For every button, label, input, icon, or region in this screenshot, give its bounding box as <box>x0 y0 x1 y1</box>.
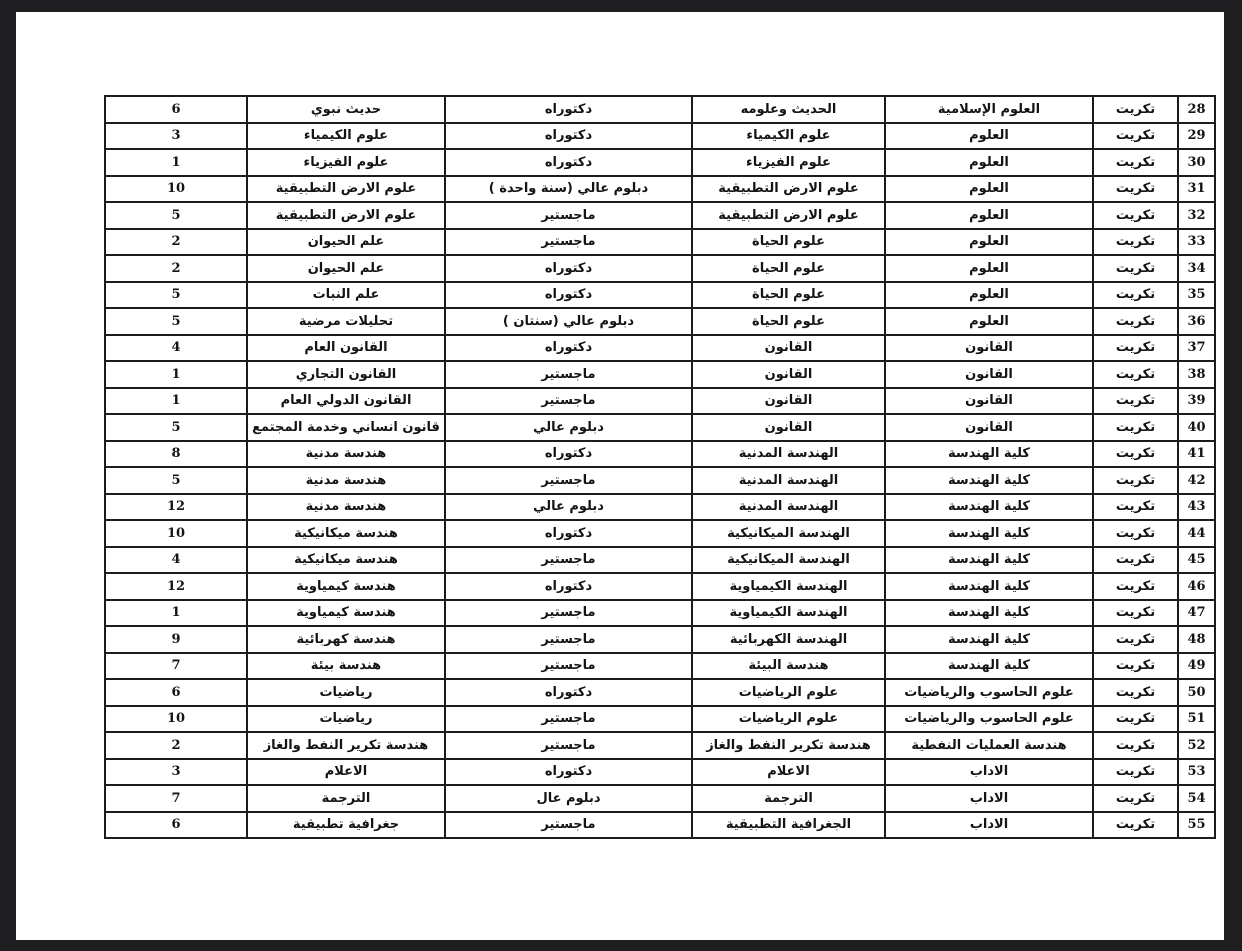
college-cell: كلية الهندسة <box>885 626 1093 653</box>
specialization-cell: هندسة كيمياوية <box>247 573 445 600</box>
city-cell: تكريت <box>1093 626 1178 653</box>
count-cell: 2 <box>105 732 247 759</box>
city-cell: تكريت <box>1093 520 1178 547</box>
row-number-cell: 44 <box>1178 520 1215 547</box>
count-cell: 5 <box>105 414 247 441</box>
count-cell: 12 <box>105 494 247 521</box>
row-number-cell: 35 <box>1178 282 1215 309</box>
count-cell: 4 <box>105 547 247 574</box>
department-cell: الحديث وعلومه <box>692 96 885 123</box>
table-row: 41 تكريت كلية الهندسة الهندسة المدنية دك… <box>105 441 1215 468</box>
specialization-cell: هندسة مدنية <box>247 467 445 494</box>
city-cell: تكريت <box>1093 335 1178 362</box>
degree-cell: دكتوراه <box>445 282 692 309</box>
row-number-cell: 37 <box>1178 335 1215 362</box>
row-number-cell: 40 <box>1178 414 1215 441</box>
row-number-cell: 31 <box>1178 176 1215 203</box>
specialization-cell: هندسة ميكانيكية <box>247 547 445 574</box>
department-cell: الهندسة الكهربائية <box>692 626 885 653</box>
college-cell: العلوم <box>885 308 1093 335</box>
college-cell: كلية الهندسة <box>885 547 1093 574</box>
specialization-cell: علم الحيوان <box>247 255 445 282</box>
specialization-cell: الاعلام <box>247 759 445 786</box>
college-cell: القانون <box>885 414 1093 441</box>
degree-cell: ماجستير <box>445 202 692 229</box>
table-row: 46 تكريت كلية الهندسة الهندسة الكيمياوية… <box>105 573 1215 600</box>
row-number-cell: 46 <box>1178 573 1215 600</box>
college-cell: العلوم <box>885 176 1093 203</box>
college-cell: كلية الهندسة <box>885 467 1093 494</box>
degree-cell: ماجستير <box>445 467 692 494</box>
city-cell: تكريت <box>1093 361 1178 388</box>
college-cell: الاداب <box>885 812 1093 839</box>
city-cell: تكريت <box>1093 255 1178 282</box>
specialization-cell: علم الحيوان <box>247 229 445 256</box>
row-number-cell: 43 <box>1178 494 1215 521</box>
table-body: 28 تكريت العلوم الإسلامية الحديث وعلومه … <box>105 96 1215 838</box>
degree-cell: ماجستير <box>445 600 692 627</box>
college-cell: القانون <box>885 335 1093 362</box>
degree-cell: ماجستير <box>445 626 692 653</box>
college-cell: العلوم <box>885 282 1093 309</box>
count-cell: 2 <box>105 255 247 282</box>
specialization-cell: جغرافية تطبيقية <box>247 812 445 839</box>
row-number-cell: 55 <box>1178 812 1215 839</box>
row-number-cell: 51 <box>1178 706 1215 733</box>
row-number-cell: 54 <box>1178 785 1215 812</box>
row-number-cell: 49 <box>1178 653 1215 680</box>
college-cell: كلية الهندسة <box>885 441 1093 468</box>
count-cell: 5 <box>105 308 247 335</box>
specialization-cell: الترجمة <box>247 785 445 812</box>
row-number-cell: 47 <box>1178 600 1215 627</box>
count-cell: 1 <box>105 388 247 415</box>
count-cell: 10 <box>105 176 247 203</box>
city-cell: تكريت <box>1093 812 1178 839</box>
degree-cell: دكتوراه <box>445 96 692 123</box>
degree-cell: دكتوراه <box>445 679 692 706</box>
city-cell: تكريت <box>1093 149 1178 176</box>
row-number-cell: 28 <box>1178 96 1215 123</box>
row-number-cell: 34 <box>1178 255 1215 282</box>
degree-cell: ماجستير <box>445 732 692 759</box>
department-cell: القانون <box>692 414 885 441</box>
department-cell: الجغرافية التطبيقية <box>692 812 885 839</box>
table-row: 42 تكريت كلية الهندسة الهندسة المدنية ما… <box>105 467 1215 494</box>
college-cell: العلوم <box>885 123 1093 150</box>
specialization-cell: علوم الفيزياء <box>247 149 445 176</box>
specialization-cell: القانون الدولي العام <box>247 388 445 415</box>
table-row: 35 تكريت العلوم علوم الحياة دكتوراه علم … <box>105 282 1215 309</box>
row-number-cell: 50 <box>1178 679 1215 706</box>
degree-cell: دكتوراه <box>445 123 692 150</box>
table-row: 29 تكريت العلوم علوم الكيمياء دكتوراه عل… <box>105 123 1215 150</box>
department-cell: الاعلام <box>692 759 885 786</box>
count-cell: 3 <box>105 759 247 786</box>
college-cell: هندسة العمليات النفطية <box>885 732 1093 759</box>
count-cell: 8 <box>105 441 247 468</box>
specialization-cell: القانون العام <box>247 335 445 362</box>
city-cell: تكريت <box>1093 653 1178 680</box>
row-number-cell: 42 <box>1178 467 1215 494</box>
city-cell: تكريت <box>1093 308 1178 335</box>
table-row: 33 تكريت العلوم علوم الحياة ماجستير علم … <box>105 229 1215 256</box>
table-row: 39 تكريت القانون القانون ماجستير القانون… <box>105 388 1215 415</box>
department-cell: علوم الفيزياء <box>692 149 885 176</box>
city-cell: تكريت <box>1093 123 1178 150</box>
college-cell: علوم الحاسوب والرياضيات <box>885 679 1093 706</box>
table-row: 45 تكريت كلية الهندسة الهندسة الميكانيكي… <box>105 547 1215 574</box>
department-cell: الهندسة الكيمياوية <box>692 573 885 600</box>
degree-cell: دبلوم عالي <box>445 414 692 441</box>
college-cell: العلوم <box>885 255 1093 282</box>
count-cell: 1 <box>105 600 247 627</box>
department-cell: الهندسة المدنية <box>692 441 885 468</box>
department-cell: القانون <box>692 335 885 362</box>
city-cell: تكريت <box>1093 573 1178 600</box>
department-cell: علوم الارض التطبيقية <box>692 202 885 229</box>
row-number-cell: 32 <box>1178 202 1215 229</box>
college-cell: كلية الهندسة <box>885 600 1093 627</box>
table-row: 51 تكريت علوم الحاسوب والرياضيات علوم ال… <box>105 706 1215 733</box>
department-cell: هندسة تكرير النفط والغاز <box>692 732 885 759</box>
college-cell: القانون <box>885 361 1093 388</box>
degree-cell: ماجستير <box>445 361 692 388</box>
count-cell: 9 <box>105 626 247 653</box>
college-cell: القانون <box>885 388 1093 415</box>
degree-cell: دكتوراه <box>445 255 692 282</box>
degree-cell: دبلوم عال <box>445 785 692 812</box>
table-row: 37 تكريت القانون القانون دكتوراه القانون… <box>105 335 1215 362</box>
count-cell: 5 <box>105 467 247 494</box>
college-cell: كلية الهندسة <box>885 573 1093 600</box>
college-cell: علوم الحاسوب والرياضيات <box>885 706 1093 733</box>
specialization-cell: رياضيات <box>247 679 445 706</box>
specialization-cell: علم النبات <box>247 282 445 309</box>
degree-cell: دكتوراه <box>445 759 692 786</box>
degree-cell: دبلوم عالي (سنتان ) <box>445 308 692 335</box>
row-number-cell: 33 <box>1178 229 1215 256</box>
degree-cell: ماجستير <box>445 706 692 733</box>
specialization-cell: القانون التجاري <box>247 361 445 388</box>
city-cell: تكريت <box>1093 785 1178 812</box>
table-row: 49 تكريت كلية الهندسة هندسة البيئة ماجست… <box>105 653 1215 680</box>
specialization-cell: هندسة مدنية <box>247 494 445 521</box>
specialization-cell: هندسة بيئة <box>247 653 445 680</box>
degree-cell: دكتوراه <box>445 520 692 547</box>
specialization-cell: رياضيات <box>247 706 445 733</box>
college-cell: العلوم <box>885 229 1093 256</box>
department-cell: القانون <box>692 361 885 388</box>
degree-cell: ماجستير <box>445 812 692 839</box>
department-cell: الهندسة الميكانيكية <box>692 547 885 574</box>
specialization-cell: هندسة مدنية <box>247 441 445 468</box>
specialization-cell: تحليلات مرضية <box>247 308 445 335</box>
degree-cell: دكتوراه <box>445 441 692 468</box>
row-number-cell: 45 <box>1178 547 1215 574</box>
row-number-cell: 41 <box>1178 441 1215 468</box>
degree-cell: دكتوراه <box>445 149 692 176</box>
city-cell: تكريت <box>1093 467 1178 494</box>
city-cell: تكريت <box>1093 282 1178 309</box>
department-cell: الترجمة <box>692 785 885 812</box>
department-cell: علوم الحياة <box>692 282 885 309</box>
specialization-cell: هندسة كيمياوية <box>247 600 445 627</box>
city-cell: تكريت <box>1093 441 1178 468</box>
count-cell: 5 <box>105 202 247 229</box>
row-number-cell: 36 <box>1178 308 1215 335</box>
count-cell: 10 <box>105 706 247 733</box>
table-row: 28 تكريت العلوم الإسلامية الحديث وعلومه … <box>105 96 1215 123</box>
department-cell: الهندسة المدنية <box>692 494 885 521</box>
department-cell: علوم الحياة <box>692 229 885 256</box>
degree-cell: دبلوم عالي (سنة واحدة ) <box>445 176 692 203</box>
count-cell: 2 <box>105 229 247 256</box>
document-viewer-background: 28 تكريت العلوم الإسلامية الحديث وعلومه … <box>0 0 1242 951</box>
count-cell: 6 <box>105 96 247 123</box>
department-cell: هندسة البيئة <box>692 653 885 680</box>
table-row: 38 تكريت القانون القانون ماجستير القانون… <box>105 361 1215 388</box>
college-cell: كلية الهندسة <box>885 520 1093 547</box>
specialization-cell: قانون انساني وخدمة المجتمع <box>247 414 445 441</box>
department-cell: علوم الحياة <box>692 308 885 335</box>
department-cell: الهندسة الكيمياوية <box>692 600 885 627</box>
table-row: 55 تكريت الاداب الجغرافية التطبيقية ماجس… <box>105 812 1215 839</box>
degree-cell: دبلوم عالي <box>445 494 692 521</box>
table-row: 43 تكريت كلية الهندسة الهندسة المدنية دب… <box>105 494 1215 521</box>
table-row: 52 تكريت هندسة العمليات النفطية هندسة تك… <box>105 732 1215 759</box>
city-cell: تكريت <box>1093 414 1178 441</box>
table-row: 34 تكريت العلوم علوم الحياة دكتوراه علم … <box>105 255 1215 282</box>
degree-cell: ماجستير <box>445 388 692 415</box>
table-row: 48 تكريت كلية الهندسة الهندسة الكهربائية… <box>105 626 1215 653</box>
row-number-cell: 52 <box>1178 732 1215 759</box>
city-cell: تكريت <box>1093 202 1178 229</box>
college-cell: العلوم <box>885 149 1093 176</box>
count-cell: 10 <box>105 520 247 547</box>
row-number-cell: 38 <box>1178 361 1215 388</box>
count-cell: 1 <box>105 149 247 176</box>
degrees-table: 28 تكريت العلوم الإسلامية الحديث وعلومه … <box>104 95 1216 839</box>
row-number-cell: 39 <box>1178 388 1215 415</box>
city-cell: تكريت <box>1093 547 1178 574</box>
count-cell: 4 <box>105 335 247 362</box>
count-cell: 3 <box>105 123 247 150</box>
table-row: 53 تكريت الاداب الاعلام دكتوراه الاعلام … <box>105 759 1215 786</box>
department-cell: علوم الحياة <box>692 255 885 282</box>
city-cell: تكريت <box>1093 732 1178 759</box>
specialization-cell: علوم الارض التطبيقية <box>247 202 445 229</box>
degree-cell: دكتوراه <box>445 335 692 362</box>
specialization-cell: علوم الارض التطبيقية <box>247 176 445 203</box>
city-cell: تكريت <box>1093 706 1178 733</box>
specialization-cell: حديث نبوي <box>247 96 445 123</box>
college-cell: كلية الهندسة <box>885 494 1093 521</box>
specialization-cell: علوم الكيمياء <box>247 123 445 150</box>
count-cell: 6 <box>105 812 247 839</box>
college-cell: العلوم <box>885 202 1093 229</box>
count-cell: 12 <box>105 573 247 600</box>
scanned-page: 28 تكريت العلوم الإسلامية الحديث وعلومه … <box>16 12 1224 940</box>
city-cell: تكريت <box>1093 600 1178 627</box>
specialization-cell: هندسة كهربائية <box>247 626 445 653</box>
department-cell: علوم الكيمياء <box>692 123 885 150</box>
table-row: 32 تكريت العلوم علوم الارض التطبيقية ماج… <box>105 202 1215 229</box>
degree-cell: ماجستير <box>445 653 692 680</box>
table-row: 30 تكريت العلوم علوم الفيزياء دكتوراه عل… <box>105 149 1215 176</box>
department-cell: الهندسة المدنية <box>692 467 885 494</box>
row-number-cell: 30 <box>1178 149 1215 176</box>
city-cell: تكريت <box>1093 679 1178 706</box>
department-cell: القانون <box>692 388 885 415</box>
degree-cell: ماجستير <box>445 547 692 574</box>
city-cell: تكريت <box>1093 494 1178 521</box>
count-cell: 7 <box>105 785 247 812</box>
city-cell: تكريت <box>1093 229 1178 256</box>
degree-cell: دكتوراه <box>445 573 692 600</box>
department-cell: علوم الارض التطبيقية <box>692 176 885 203</box>
table-row: 40 تكريت القانون القانون دبلوم عالي قانو… <box>105 414 1215 441</box>
table-row: 54 تكريت الاداب الترجمة دبلوم عال الترجم… <box>105 785 1215 812</box>
city-cell: تكريت <box>1093 176 1178 203</box>
table-row: 31 تكريت العلوم علوم الارض التطبيقية دبل… <box>105 176 1215 203</box>
college-cell: العلوم الإسلامية <box>885 96 1093 123</box>
count-cell: 7 <box>105 653 247 680</box>
college-cell: الاداب <box>885 785 1093 812</box>
city-cell: تكريت <box>1093 96 1178 123</box>
table-row: 50 تكريت علوم الحاسوب والرياضيات علوم ال… <box>105 679 1215 706</box>
city-cell: تكريت <box>1093 388 1178 415</box>
department-cell: علوم الرياضيات <box>692 706 885 733</box>
college-cell: كلية الهندسة <box>885 653 1093 680</box>
table-row: 47 تكريت كلية الهندسة الهندسة الكيمياوية… <box>105 600 1215 627</box>
count-cell: 1 <box>105 361 247 388</box>
college-cell: الاداب <box>885 759 1093 786</box>
count-cell: 6 <box>105 679 247 706</box>
specialization-cell: هندسة تكرير النفط والغاز <box>247 732 445 759</box>
table-row: 36 تكريت العلوم علوم الحياة دبلوم عالي (… <box>105 308 1215 335</box>
count-cell: 5 <box>105 282 247 309</box>
degree-cell: ماجستير <box>445 229 692 256</box>
department-cell: الهندسة الميكانيكية <box>692 520 885 547</box>
row-number-cell: 29 <box>1178 123 1215 150</box>
row-number-cell: 53 <box>1178 759 1215 786</box>
specialization-cell: هندسة ميكانيكية <box>247 520 445 547</box>
department-cell: علوم الرياضيات <box>692 679 885 706</box>
table-row: 44 تكريت كلية الهندسة الهندسة الميكانيكي… <box>105 520 1215 547</box>
city-cell: تكريت <box>1093 759 1178 786</box>
row-number-cell: 48 <box>1178 626 1215 653</box>
